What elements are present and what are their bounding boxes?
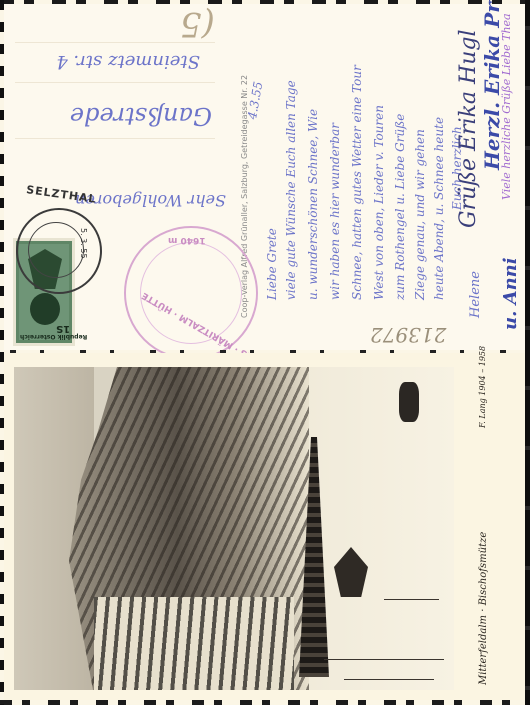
postcard-scan: (5 Steinmetz str. 4 Ganßstrede Sehr Wohl… <box>0 0 530 705</box>
stamp-portrait-icon <box>30 293 60 325</box>
scan-edge-bottom <box>0 700 530 705</box>
address-rule <box>15 82 215 83</box>
message-line: Schnee, hatten gutes Wetter eine Tour <box>350 65 364 300</box>
address-line-city: Ganßstrede <box>70 102 212 130</box>
signature: u. Anni <box>500 257 521 330</box>
landscape-photo <box>14 367 454 690</box>
address-rule <box>15 138 215 139</box>
photo-caption: Mitterfeldalm · Bischofsmütze <box>478 532 489 685</box>
scan-edge-left <box>0 0 4 705</box>
postmark-inner-ring <box>28 222 84 278</box>
signature: Viele herzliche Grüße Liebe Thea <box>500 13 513 200</box>
message-line: zum Rothengel u. Liebe Grüße <box>393 114 407 300</box>
scan-edge-middle <box>0 350 530 353</box>
pencil-note: (5 <box>180 4 215 44</box>
signature: Grüße Erika Hugl <box>456 30 481 229</box>
signature: Helene <box>468 271 483 318</box>
photo-larch-tree <box>344 679 434 680</box>
hut-stamp-inner-ring <box>140 242 242 344</box>
photographer-note: F. Lang 1904 – 1958 <box>478 346 487 428</box>
message-line: West von oben, Lieder v. Touren <box>372 105 386 300</box>
hut-stamp-year: 1640 m <box>168 235 206 245</box>
photo-hut-icon <box>399 382 419 422</box>
message-line: wir haben es hier wunderbar <box>328 123 342 300</box>
address-line-street: Steinmetz str. 4 <box>56 51 200 72</box>
scan-edge-right <box>525 0 530 705</box>
stamp-country: Republik Österreich <box>20 333 87 340</box>
photo-larch-tree <box>324 659 444 660</box>
inventory-number: 213972 <box>370 323 446 347</box>
message-line: Ziege genau, und wir gehen <box>413 129 427 300</box>
message-line: Liebe Grete <box>265 228 279 300</box>
message-line: u. wunderschönen Schnee, Wie <box>306 109 320 300</box>
postmark-date: 5. 3. 55 <box>79 228 88 259</box>
photo-larch-tree <box>384 599 439 600</box>
address-line-salutation: Sehr Wohlgeboren <box>75 191 226 210</box>
scan-edge-top <box>0 0 530 4</box>
message-line: heute Abend, u. Schnee heute <box>432 117 446 300</box>
photo-forest-foreground <box>94 597 294 690</box>
message-line: viele gute Wünsche Euch allen Tage <box>284 80 298 300</box>
